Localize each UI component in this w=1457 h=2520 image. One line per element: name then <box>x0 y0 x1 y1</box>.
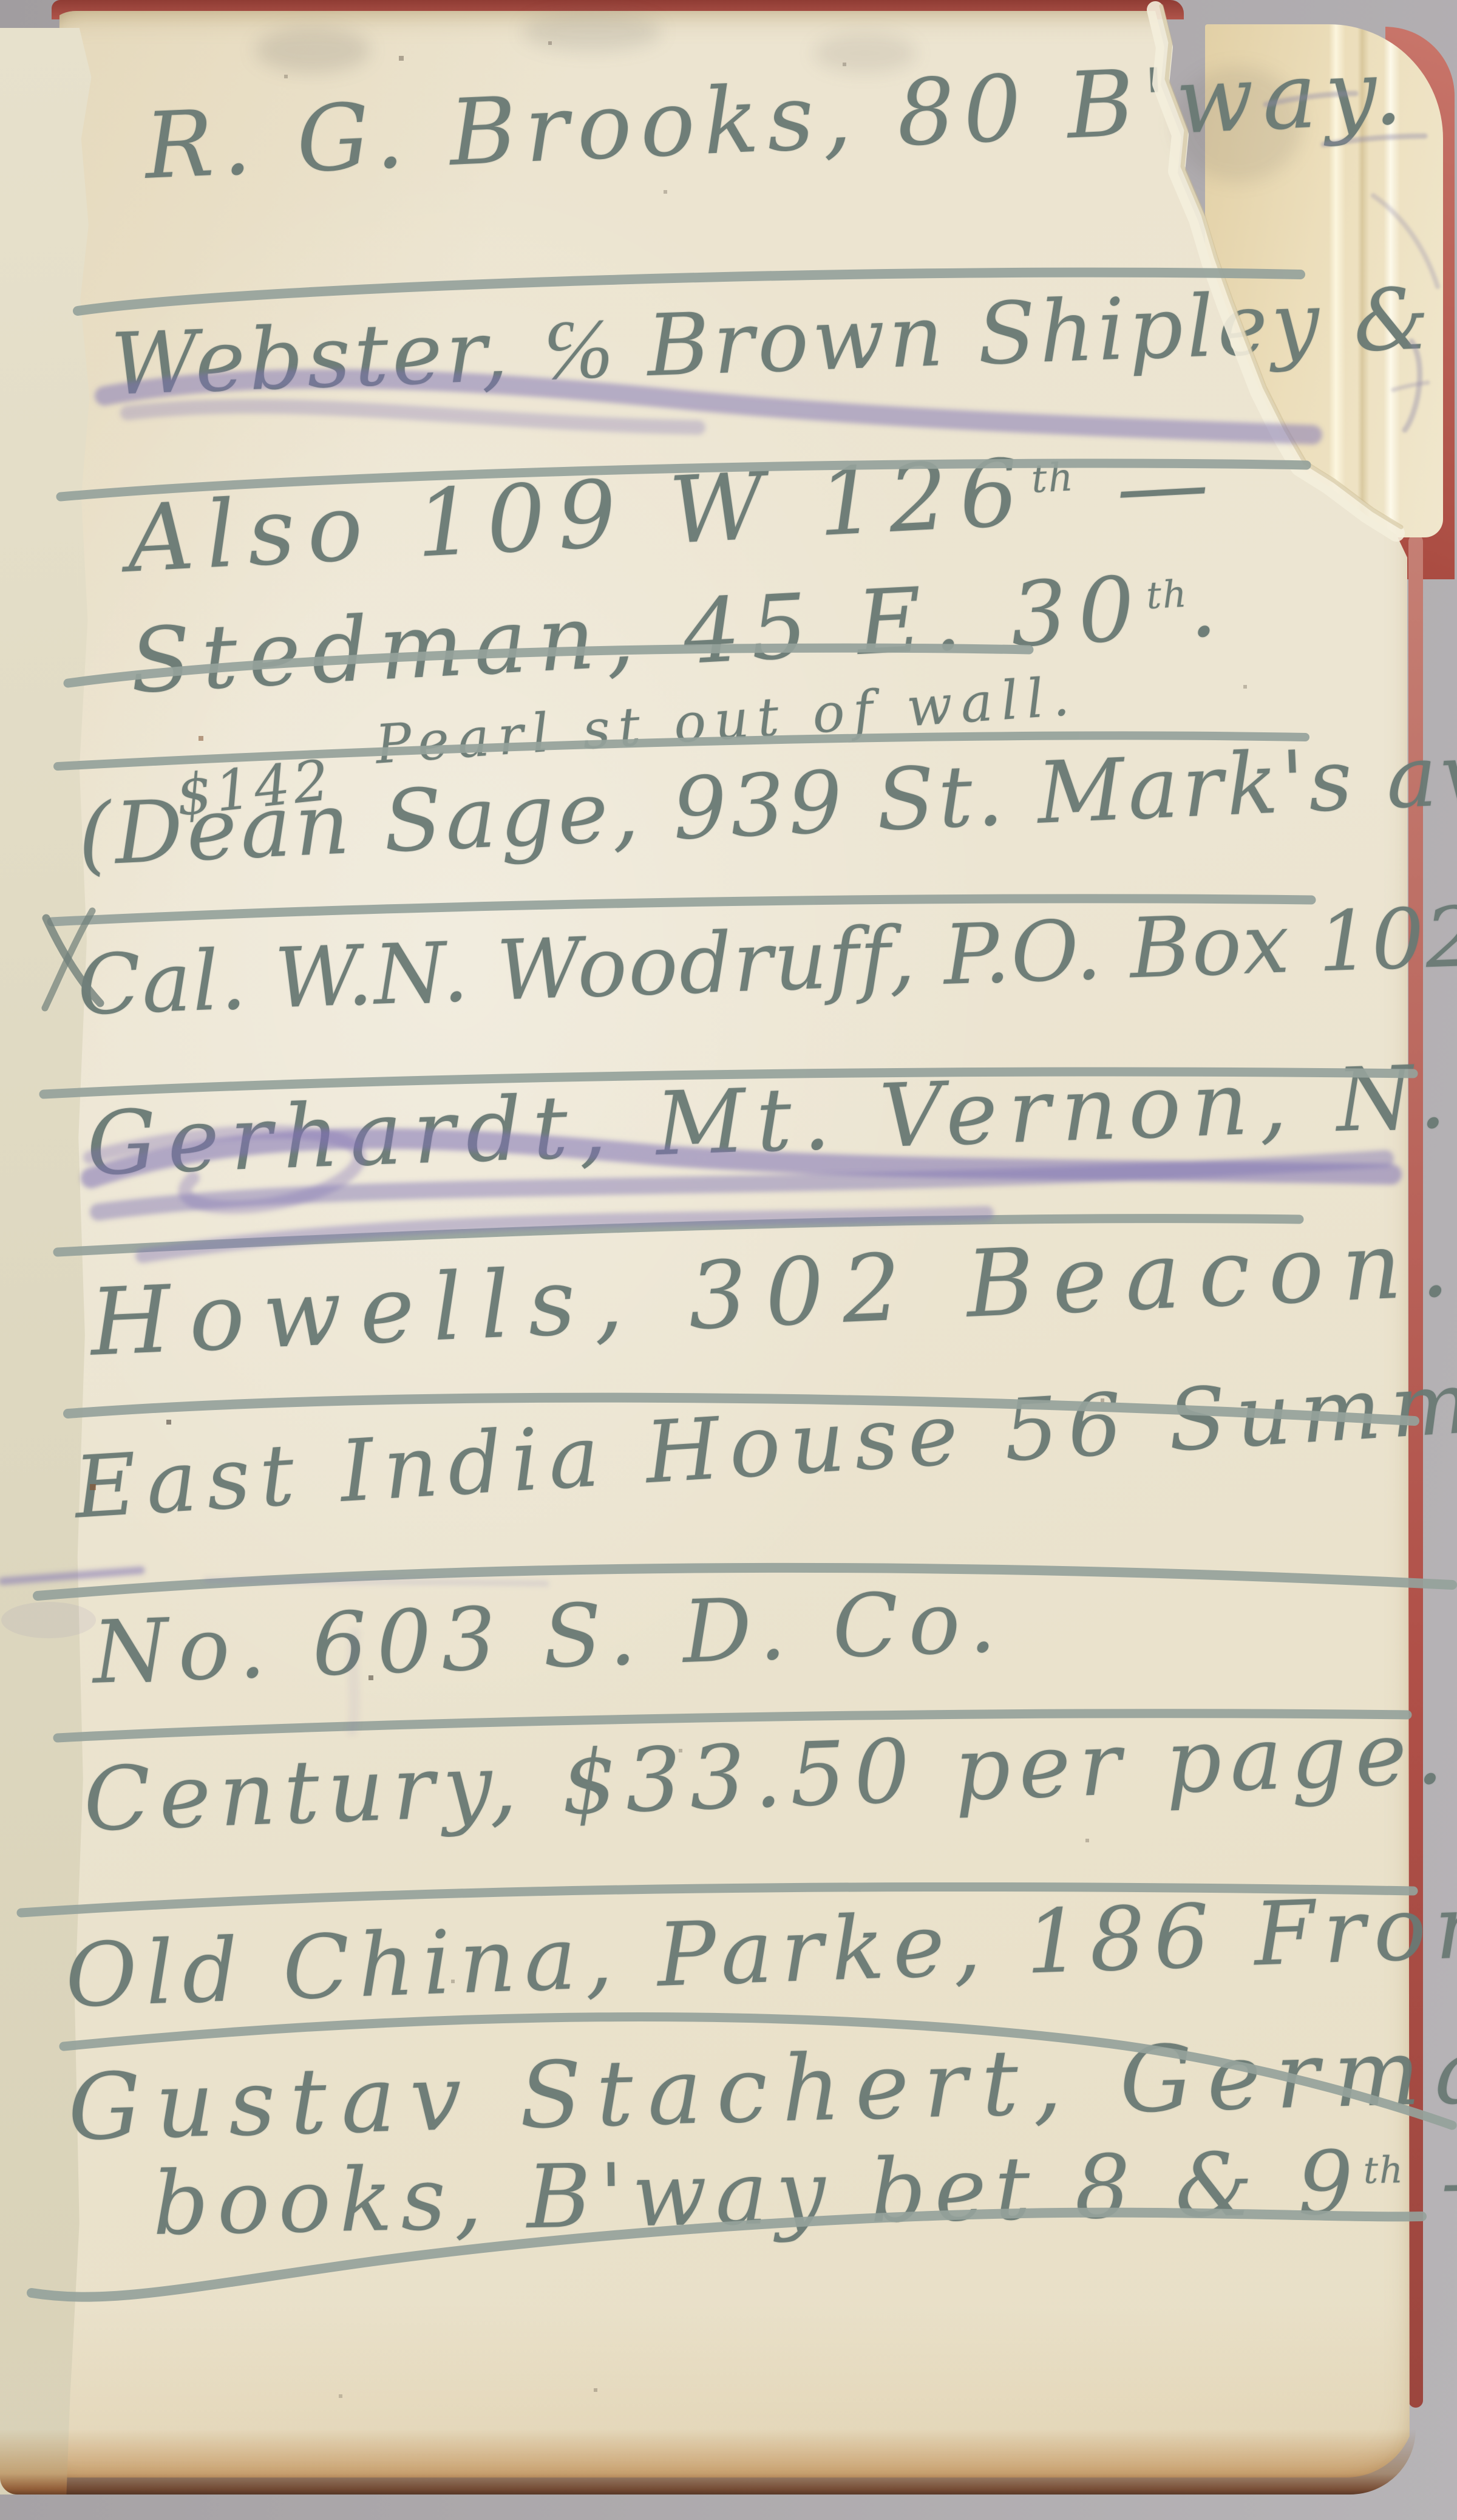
separator-rules <box>21 273 1452 2297</box>
purple-smudge <box>1 1602 96 1638</box>
paper-specks <box>0 0 1 1</box>
ink-and-pencil-marks <box>0 0 1457 2520</box>
pencil-corner-marks <box>1266 94 1438 430</box>
purple-strikethroughs <box>2 379 1391 1731</box>
stray-ink-mark <box>45 911 100 1008</box>
notebook-page-scan: R. G. Brooks, 80 B'way. Webster, ℅ Brown… <box>0 0 1457 2520</box>
